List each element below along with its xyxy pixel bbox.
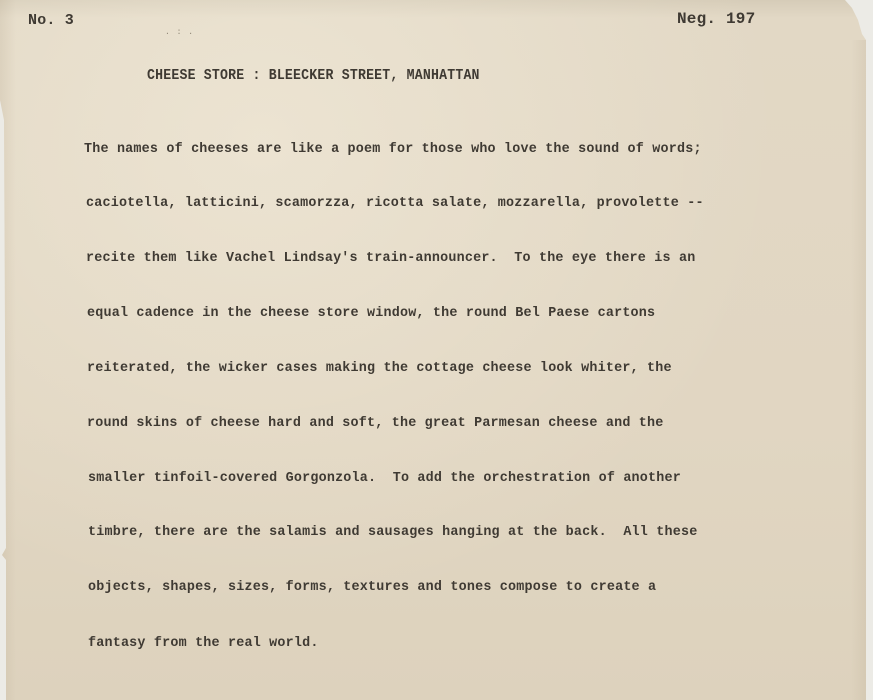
body-line: round skins of cheese hard and soft, the… bbox=[87, 416, 664, 431]
negative-number: Neg. 197 bbox=[677, 10, 755, 28]
page-title: CHEESE STORE : BLEECKER STREET, MANHATTA… bbox=[147, 67, 480, 84]
body-line: equal cadence in the cheese store window… bbox=[87, 306, 655, 321]
stray-marks: . : . bbox=[165, 28, 194, 37]
body-line: fantasy from the real world. bbox=[88, 636, 319, 651]
body-line: recite them like Vachel Lindsay's train-… bbox=[86, 251, 695, 266]
body-line: reiterated, the wicker cases making the … bbox=[87, 361, 672, 376]
body-line: caciotella, latticini, scamorzza, ricott… bbox=[86, 196, 704, 211]
typewritten-page: No. 3 . : . Neg. 197 CHEESE STORE : BLEE… bbox=[0, 0, 873, 700]
body-line: timbre, there are the salamis and sausag… bbox=[88, 525, 697, 540]
body-line: smaller tinfoil-covered Gorgonzola. To a… bbox=[88, 471, 681, 486]
body-line: objects, shapes, sizes, forms, textures … bbox=[88, 580, 656, 595]
document-number: No. 3 bbox=[28, 12, 74, 29]
body-line: The names of cheeses are like a poem for… bbox=[84, 142, 702, 157]
